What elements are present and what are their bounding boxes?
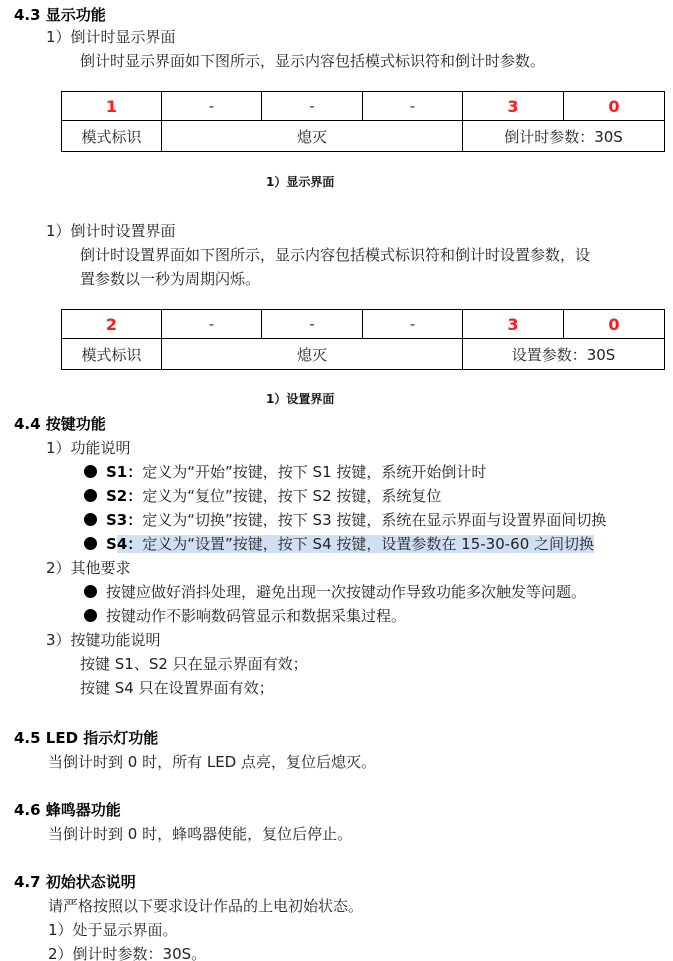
digit-row: 2 - - - 3 0: [62, 310, 665, 339]
initial-state-item-2: 2）倒计时参数：30S。: [48, 943, 206, 961]
label-mode: 模式标识: [62, 121, 162, 152]
digit-ones: 0: [564, 92, 665, 121]
display-interface-table: 1 - - - 3 0 模式标识 熄灭 倒计时参数：30S: [61, 91, 665, 152]
digit-off: -: [162, 92, 262, 121]
digit-off: -: [363, 310, 463, 339]
key-note-line2: 按键 S4 只在设置界面有效；: [80, 677, 274, 698]
key-label: S2：: [106, 487, 142, 505]
list-item-no-interference: 按键动作不影响数码管显示和数据采集过程。: [84, 605, 406, 626]
label-off: 熄灭: [162, 339, 463, 370]
key-description: 定义为“复位”按键，按下 S2 按键，系统复位: [142, 487, 441, 505]
digit-off: -: [262, 92, 363, 121]
bullet-icon: [84, 585, 97, 598]
setting-interface-table: 2 - - - 3 0 模式标识 熄灭 设置参数：30S: [61, 309, 665, 370]
subheading-key-function-notes: 3）按键功能说明: [46, 629, 161, 650]
subheading-other-requirements: 2）其他要求: [46, 557, 131, 578]
key-description: 定义为“设置”按键，按下 S4 按键，设置参数在 15-30-60 之间切换: [142, 535, 594, 553]
key-note-line1: 按键 S1、S2 只在显示界面有效；: [80, 653, 308, 674]
subheading-function-description: 1）功能说明: [46, 437, 131, 458]
label-setting-param: 设置参数：30S: [463, 339, 665, 370]
requirement-text: 按键应做好消抖处理，避免出现一次按键动作导致功能多次触发等问题。: [106, 583, 586, 601]
display-interface-description: 倒计时显示界面如下图所示，显示内容包括模式标识符和倒计时参数。: [80, 50, 545, 71]
list-item-key-s1: S1：定义为“开始”按键，按下 S1 按键，系统开始倒计时: [84, 461, 486, 482]
requirement-text: 按键动作不影响数码管显示和数据采集过程。: [106, 607, 406, 625]
label-row: 模式标识 熄灭 倒计时参数：30S: [62, 121, 665, 152]
label-mode: 模式标识: [62, 339, 162, 370]
key-label-prefix: S: [106, 535, 117, 553]
setting-interface-description-line2: 置参数以一秒为周期闪烁。: [80, 268, 260, 289]
key-description: 定义为“切换”按键，按下 S3 按键，系统在显示界面与设置界面间切换: [142, 511, 606, 529]
list-item-key-s4: S4：定义为“设置”按键，按下 S4 按键，设置参数在 15-30-60 之间切…: [84, 533, 594, 554]
caption-setting-interface: 1）设置界面: [266, 390, 334, 407]
buzzer-description: 当倒计时到 0 时，蜂鸣器使能，复位后停止。: [48, 823, 352, 844]
digit-mode: 1: [62, 92, 162, 121]
bullet-icon: [84, 537, 97, 550]
section-heading-4-6: 4.6 蜂鸣器功能: [14, 799, 121, 820]
section-heading-4-7: 4.7 初始状态说明: [14, 871, 136, 892]
subheading-setting-interface: 1）倒计时设置界面: [46, 220, 176, 241]
section-heading-4-4: 4.4 按键功能: [14, 413, 106, 434]
selected-text[interactable]: 4：定义为“设置”按键，按下 S4 按键，设置参数在 15-30-60 之间切换: [117, 535, 594, 553]
subheading-display-interface: 1）倒计时显示界面: [46, 26, 176, 47]
setting-interface-description-line1: 倒计时设置界面如下图所示，显示内容包括模式标识符和倒计时设置参数，设: [80, 244, 590, 265]
digit-off: -: [162, 310, 262, 339]
digit-off: -: [363, 92, 463, 121]
bullet-icon: [84, 513, 97, 526]
digit-tens: 3: [463, 310, 564, 339]
bullet-icon: [84, 465, 97, 478]
key-label-suffix: 4：: [117, 535, 142, 553]
key-label: S3：: [106, 511, 142, 529]
label-off: 熄灭: [162, 121, 463, 152]
bullet-icon: [84, 489, 97, 502]
list-item-debounce: 按键应做好消抖处理，避免出现一次按键动作导致功能多次触发等问题。: [84, 581, 586, 602]
digit-tens: 3: [463, 92, 564, 121]
list-item-key-s2: S2：定义为“复位”按键，按下 S2 按键，系统复位: [84, 485, 441, 506]
section-heading-4-3: 4.3 显示功能: [14, 4, 106, 25]
initial-state-item-1: 1）处于显示界面。: [48, 919, 178, 940]
digit-mode: 2: [62, 310, 162, 339]
key-label: S1：: [106, 463, 142, 481]
list-item-key-s3: S3：定义为“切换”按键，按下 S3 按键，系统在显示界面与设置界面间切换: [84, 509, 606, 530]
key-description: 定义为“开始”按键，按下 S1 按键，系统开始倒计时: [142, 463, 486, 481]
digit-off: -: [262, 310, 363, 339]
bullet-icon: [84, 609, 97, 622]
label-row: 模式标识 熄灭 设置参数：30S: [62, 339, 665, 370]
label-countdown-param: 倒计时参数：30S: [463, 121, 665, 152]
digit-ones: 0: [564, 310, 665, 339]
led-description: 当倒计时到 0 时，所有 LED 点亮，复位后熄灭。: [48, 751, 376, 772]
initial-state-description: 请严格按照以下要求设计作品的上电初始状态。: [48, 895, 363, 916]
caption-display-interface: 1）显示界面: [266, 173, 334, 190]
digit-row: 1 - - - 3 0: [62, 92, 665, 121]
section-heading-4-5: 4.5 LED 指示灯功能: [14, 727, 158, 748]
